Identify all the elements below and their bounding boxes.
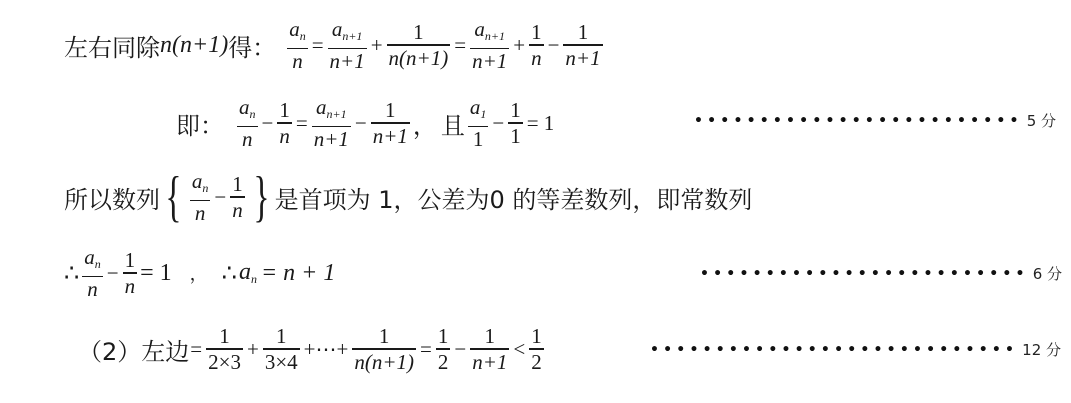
denominator: n(n+1)	[387, 46, 451, 70]
subscript: 1	[480, 107, 486, 121]
line-5-part-2: （2）左边 = 1 2×3 + 1 3×4 +⋯+ 1 n(n+1) = 1 2…	[78, 318, 547, 380]
denominator: 1	[471, 127, 486, 151]
numerator: 1	[529, 20, 544, 44]
subscript: n	[251, 272, 257, 286]
denominator: n	[529, 46, 544, 70]
subscript: n	[300, 29, 306, 43]
numerator: 1	[274, 324, 289, 348]
numerator: a	[84, 245, 95, 269]
minus-sign: −	[454, 337, 466, 362]
numerator: a	[239, 95, 250, 119]
denominator: n+1	[371, 124, 410, 148]
fraction-1-over-n-n1: 1 n(n+1)	[352, 324, 416, 373]
leader-dots: •••••••••••••••••••••••••	[694, 113, 1023, 129]
less-than-sign: <	[513, 337, 525, 362]
fraction-1-over-2: 1 2	[436, 324, 451, 373]
score-label: 12 分	[1022, 339, 1061, 360]
minus-sign: −	[262, 111, 274, 136]
fraction-1-over-n1: 1 n+1	[563, 20, 602, 69]
equals-sign: =	[312, 33, 324, 58]
denominator: n+1	[470, 350, 509, 374]
denominator: n	[240, 127, 255, 151]
numerator: 1	[411, 20, 426, 44]
denominator: n+1	[312, 127, 351, 151]
numerator: 1	[483, 324, 498, 348]
denominator: 1	[508, 124, 523, 148]
a-n: a	[239, 259, 251, 285]
numerator: a	[316, 95, 327, 119]
leader-dots: •••••••••••••••••••••••••	[700, 266, 1029, 282]
equals-one: = 1	[140, 260, 172, 287]
denominator: 2	[436, 350, 451, 374]
numerator: 1	[377, 324, 392, 348]
subscript: n	[250, 107, 256, 121]
fraction-an1-over-n1: an+1 n+1	[328, 17, 367, 73]
line-2-rearranged: 即： an n − 1 n = an+1 n+1 − 1 n+1 ， 且 a1 …	[176, 92, 555, 154]
fraction-1-over-n1: 1 n+1	[371, 98, 410, 147]
right-brace: }	[253, 169, 269, 225]
fraction-1-over-n-n1: 1 n(n+1)	[387, 20, 451, 69]
fraction-1-over-2x3: 1 2×3	[206, 324, 243, 373]
score-marker-12: •••••••••••••••••••••••••••• 12 分	[650, 339, 1061, 360]
fraction-an1-over-n1: an+1 n+1	[470, 17, 509, 73]
numerator: 1	[123, 248, 138, 272]
equals-sign: =	[190, 337, 202, 362]
fraction-1-over-n: 1 n	[529, 20, 544, 69]
score-marker-6: ••••••••••••••••••••••••• 6 分	[700, 263, 1062, 284]
numerator: 1	[436, 324, 451, 348]
fraction-1-over-n1: 1 n+1	[470, 324, 509, 373]
fraction-an-over-n: an n	[287, 17, 308, 73]
leader-dots: ••••••••••••••••••••••••••••	[650, 342, 1018, 358]
and-word: 且	[441, 106, 465, 141]
fraction-an1-over-n1: an+1 n+1	[312, 95, 351, 151]
equals-sign: =	[420, 337, 432, 362]
line3-prefix: 所以数列	[64, 180, 160, 215]
score-label: 5 分	[1027, 110, 1056, 131]
comma: ，	[190, 260, 208, 286]
equals-sign: =	[296, 111, 308, 136]
fraction-1-over-n: 1 n	[230, 172, 245, 221]
fraction-1-over-n: 1 n	[277, 98, 292, 147]
equals-one: = 1	[527, 111, 555, 136]
line5-prefix: （2）左边	[78, 332, 189, 367]
denominator: 3×4	[263, 350, 300, 374]
minus-sign: −	[107, 261, 119, 286]
subscript: n	[95, 257, 101, 271]
numerator: 1	[217, 324, 232, 348]
score-marker-5: ••••••••••••••••••••••••• 5 分	[694, 110, 1056, 131]
minus-sign: −	[548, 33, 560, 58]
line-1-divide-both-sides: 左右同除 n(n+1) 得： an n = an+1 n+1 + 1 n(n+1…	[64, 14, 606, 76]
denominator: 2	[529, 350, 544, 374]
score-label: 6 分	[1033, 263, 1062, 284]
fraction-an-over-n: an n	[237, 95, 258, 151]
line-4-result: ∴ an n − 1 n = 1 ， ∴ an = n + 1	[64, 242, 335, 304]
line3-text: 是首项为 1，公差为0 的等差数列，即常数列	[275, 180, 753, 215]
fraction-1-over-n: 1 n	[123, 248, 138, 297]
minus-sign: −	[355, 111, 367, 136]
subscript: n+1	[342, 29, 362, 43]
numerator: a	[332, 17, 343, 41]
minus-sign: −	[214, 185, 226, 210]
therefore-symbol: ∴	[222, 259, 237, 288]
numerator: 1	[230, 172, 245, 196]
denominator: 2×3	[206, 350, 243, 374]
numerator: 1	[576, 20, 591, 44]
therefore-symbol: ∴	[64, 259, 79, 288]
numerator: 1	[383, 98, 398, 122]
an-equals-n-plus-1: = n + 1	[261, 260, 335, 287]
denominator: n(n+1)	[352, 350, 416, 374]
plus-ellipsis-plus: +⋯+	[304, 337, 349, 362]
numerator: a	[192, 169, 203, 193]
subscript: n+1	[485, 29, 505, 43]
numerator: a	[289, 17, 300, 41]
fraction-1-over-1: 1 1	[508, 98, 523, 147]
numerator: 1	[529, 324, 544, 348]
denominator: n	[277, 124, 292, 148]
numerator: 1	[277, 98, 292, 122]
denominator: n	[193, 201, 208, 225]
fraction-a1-over-1: a1 1	[468, 95, 489, 151]
denominator: n+1	[328, 49, 367, 73]
fraction-an-over-n: an n	[190, 169, 211, 225]
minus-sign: −	[492, 111, 504, 136]
numerator: a	[470, 95, 481, 119]
plus-sign: +	[513, 33, 525, 58]
line2-prefix: 即：	[176, 106, 224, 141]
denominator: n	[85, 277, 100, 301]
numerator: 1	[508, 98, 523, 122]
left-brace: {	[165, 169, 181, 225]
line1-prefix: 左右同除	[64, 28, 160, 63]
line1-suffix: 得：	[228, 28, 276, 63]
plus-sign: +	[247, 337, 259, 362]
denominator: n+1	[470, 49, 509, 73]
plus-sign: +	[371, 33, 383, 58]
denominator: n	[230, 198, 245, 222]
fraction-an-over-n: an n	[82, 245, 103, 301]
denominator: n	[290, 49, 305, 73]
line1-divisor: n(n+1)	[160, 32, 228, 59]
denominator: n+1	[563, 46, 602, 70]
comma: ，	[413, 106, 437, 141]
line-3-conclusion: 所以数列 { an n − 1 n } 是首项为 1，公差为0 的等差数列，即常…	[64, 166, 752, 228]
numerator: a	[474, 17, 485, 41]
subscript: n+1	[326, 107, 346, 121]
equals-sign: =	[454, 33, 466, 58]
fraction-1-over-3x4: 1 3×4	[263, 324, 300, 373]
denominator: n	[123, 274, 138, 298]
subscript: n	[202, 181, 208, 195]
fraction-1-over-2: 1 2	[529, 324, 544, 373]
